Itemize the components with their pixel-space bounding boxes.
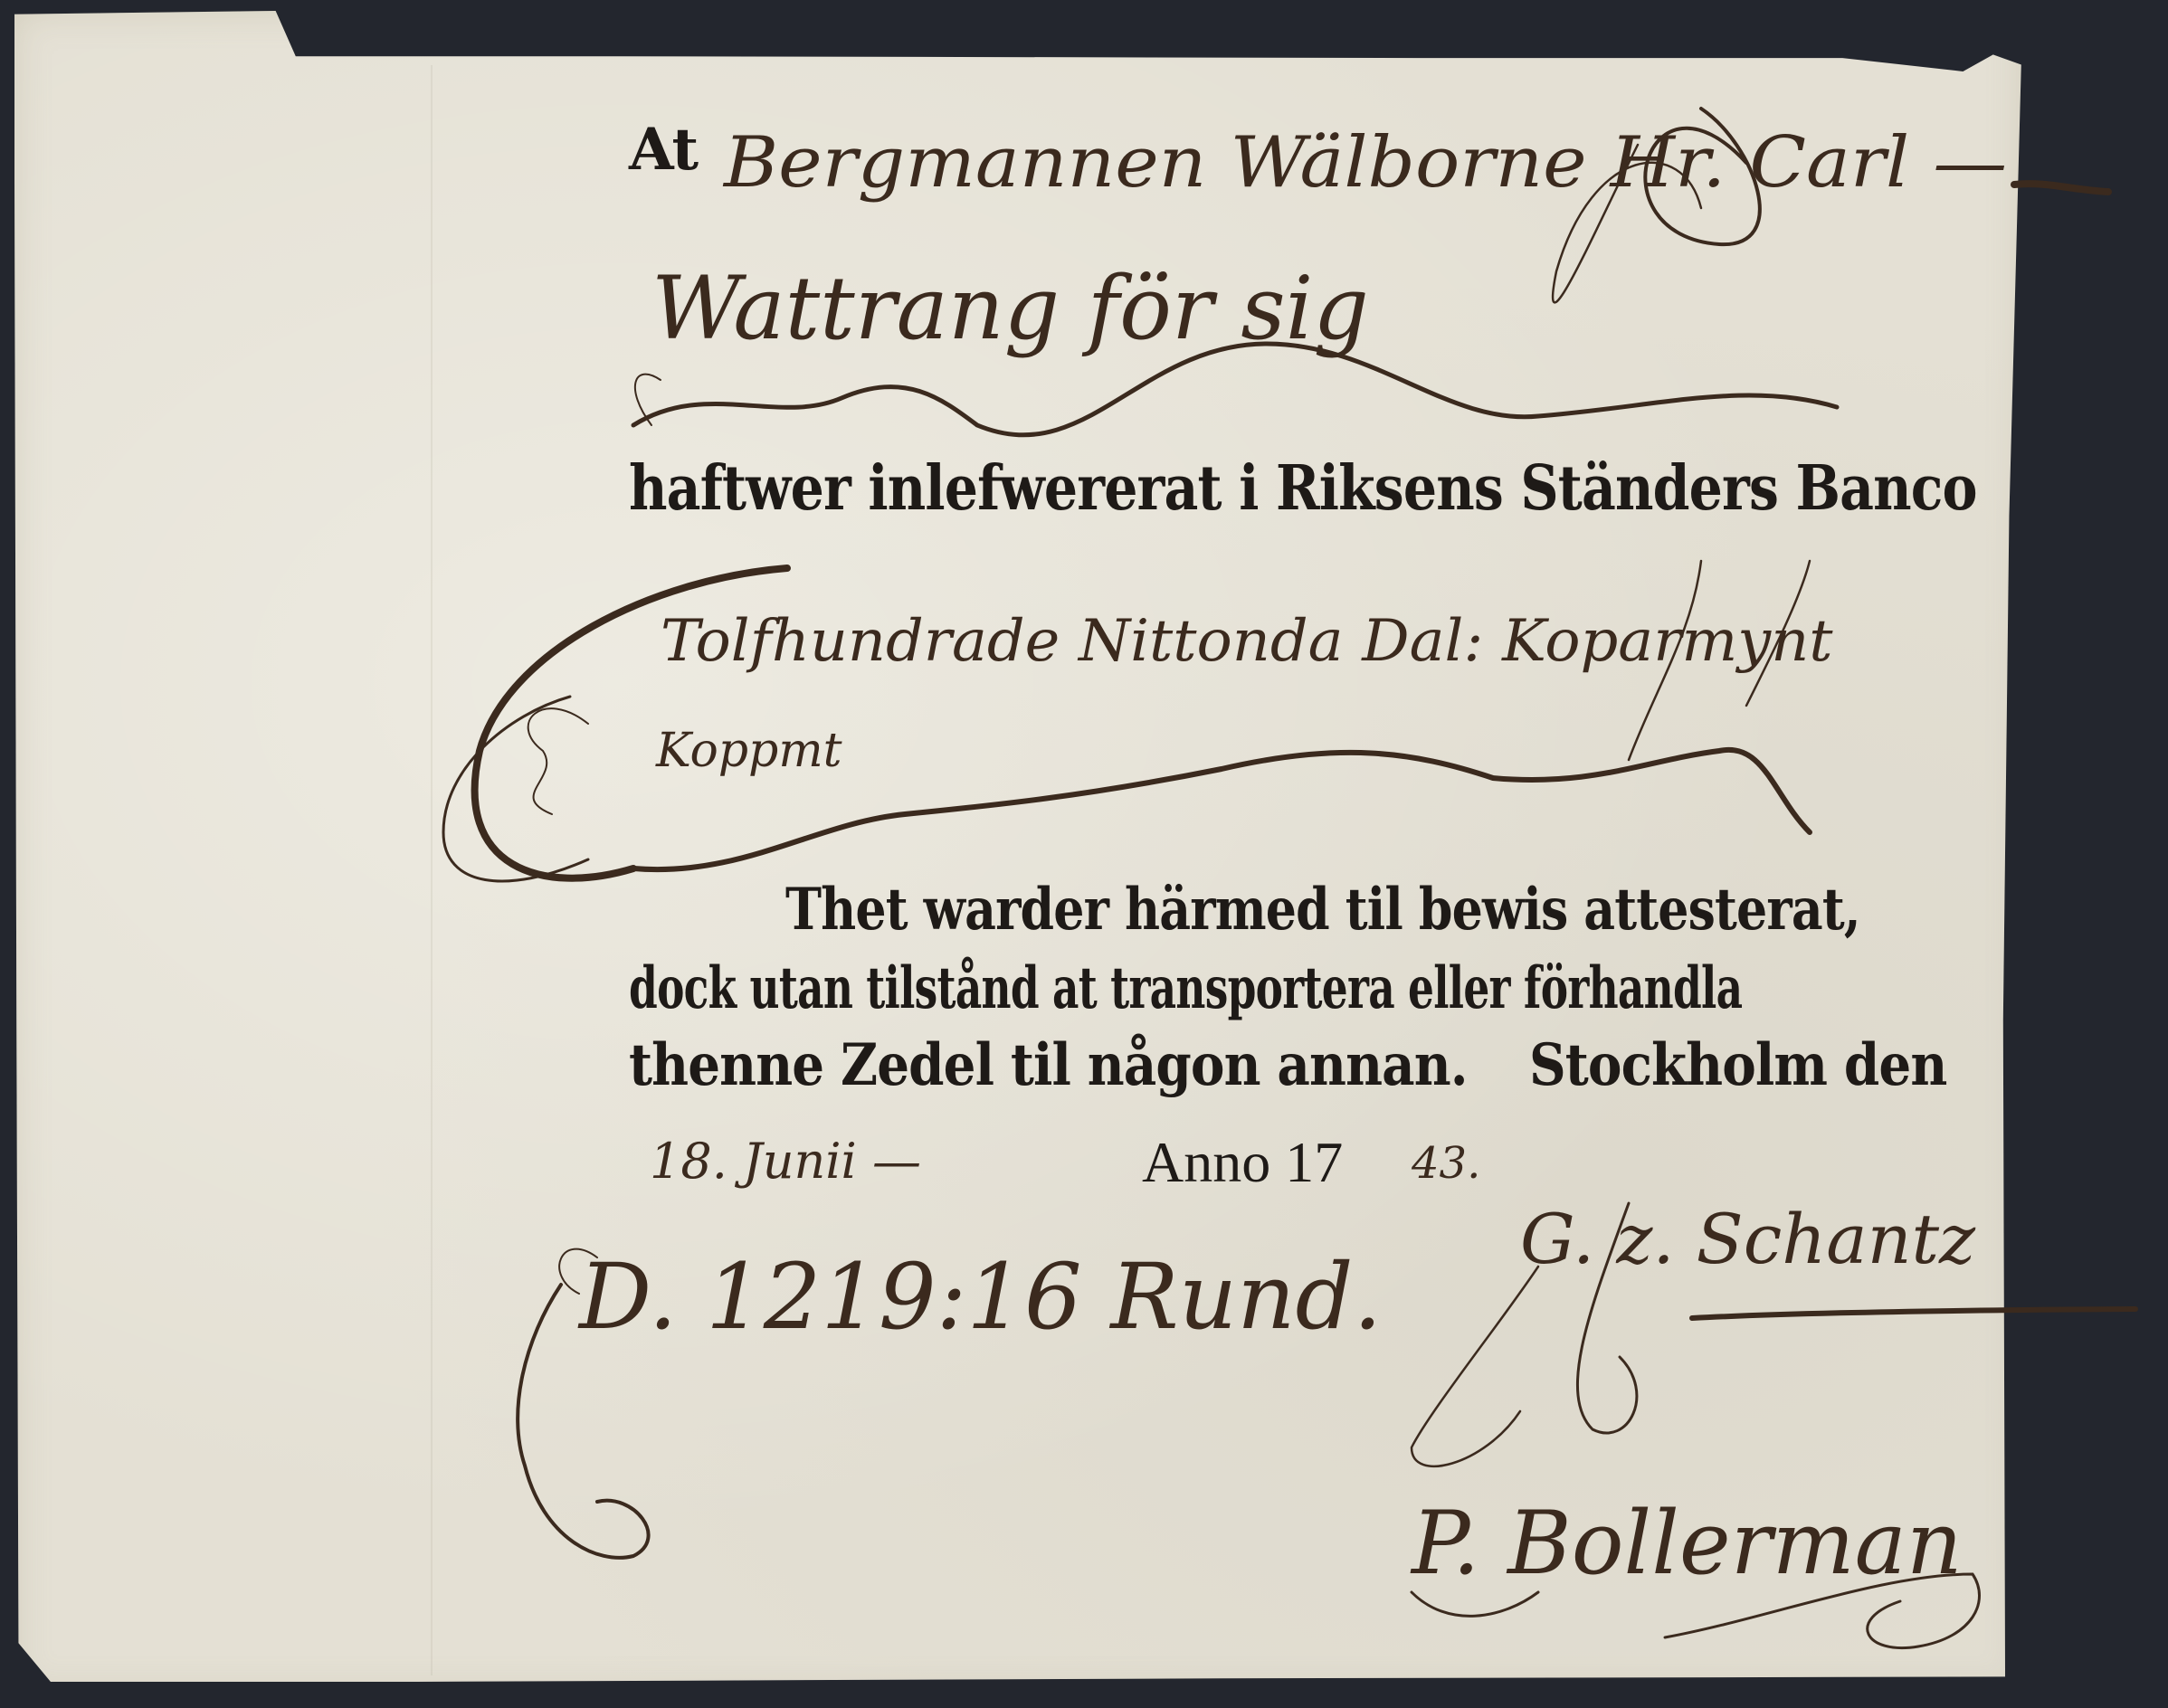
signature-bollerman: P. Bollerman [1412,1493,1963,1594]
paper-fold-line [431,65,433,1675]
handwritten-depositor-line-1: Bergmannen Wälborne Hr. Carl — [724,122,2007,204]
handwritten-date: 18. Junii — [650,1133,921,1190]
printed-attest-line-1: Thet warder härmed til bewis attesterat, [785,876,1860,944]
printed-attest-line-3: thenne Zedel til någon annan. [629,1031,1468,1099]
printed-anno: Anno 17 [1142,1129,1343,1196]
printed-attest-line-2: dock utan tilstånd at transportera eller… [629,954,1742,1022]
handwritten-amount-words-2: Koppmt [656,724,842,778]
printed-place: Stockholm den [1529,1031,1946,1099]
printed-deposit-line: haftwer inlefwererat i Riksens Ständers … [629,452,1977,525]
handwritten-depositor-line-2: Wattrang för sig [651,258,1369,359]
handwritten-amount-words-1: Tolfhundrade Nittonda Dal: Koparmynt [661,608,1832,675]
handwritten-amount-figures: D. 1219:16 Rund. [579,1244,1382,1350]
handwritten-year-suffix: 43. [1412,1138,1480,1189]
signature-schantz: G. z. Schantz [1520,1199,1975,1279]
printed-at: At [629,116,698,184]
